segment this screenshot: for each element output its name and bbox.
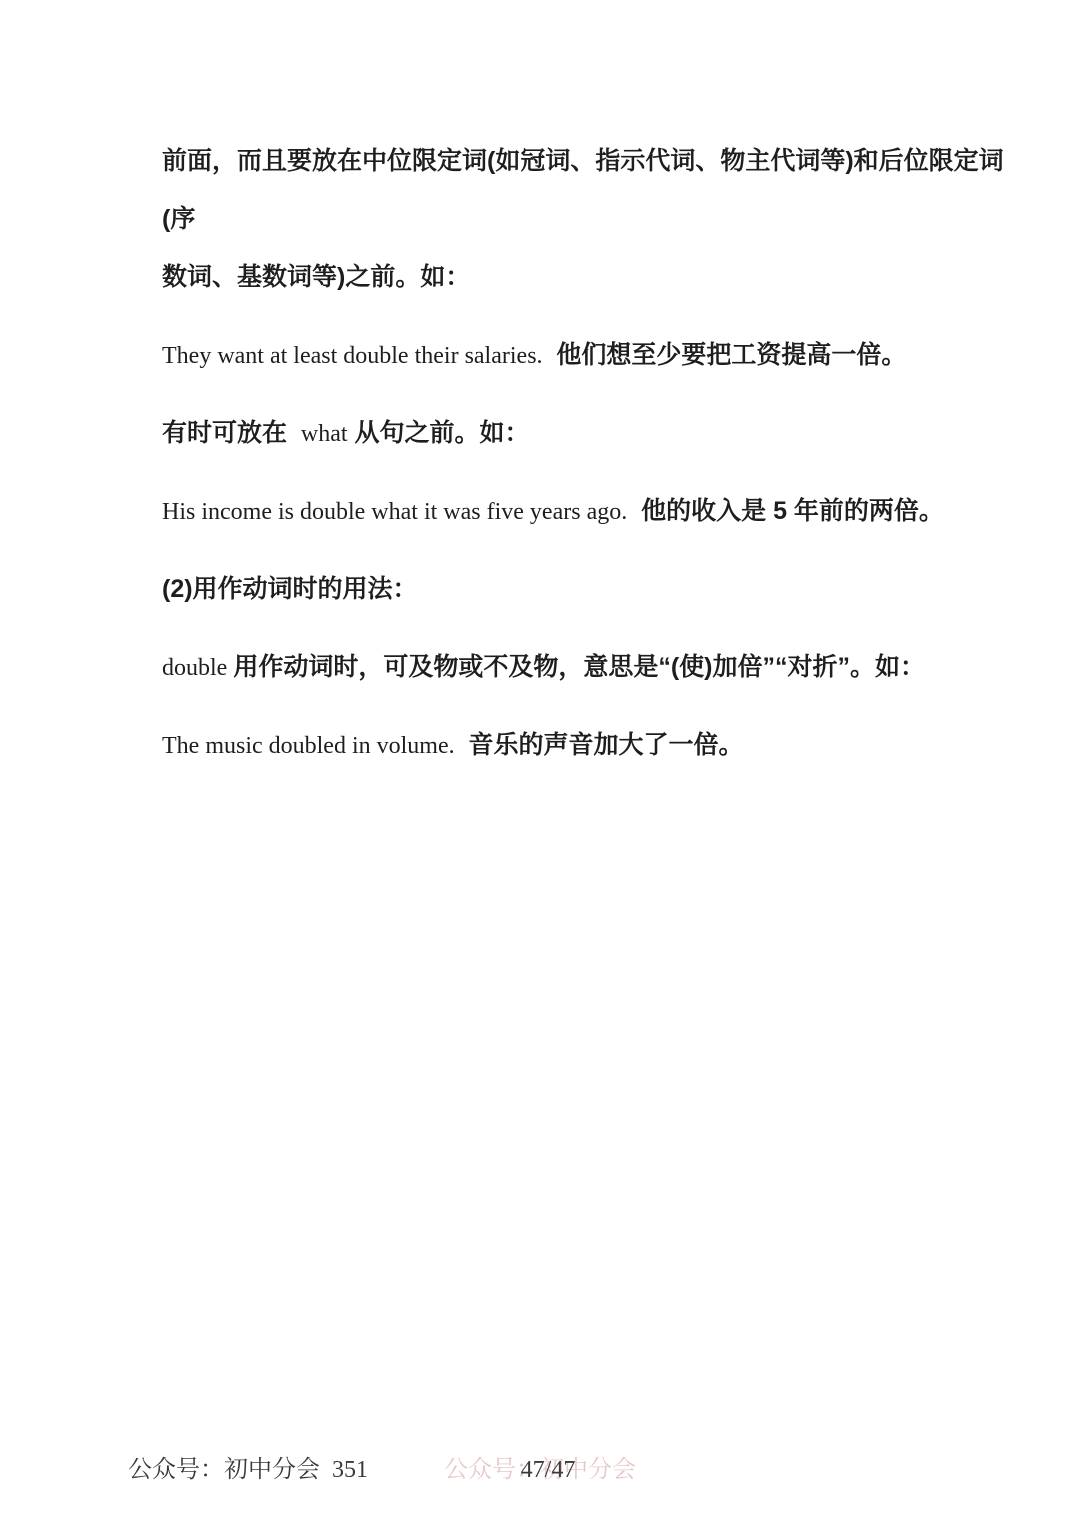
chinese-text-segment: 从句之前。如： [348,419,530,447]
paragraph: His income is double what it was five ye… [162,484,1022,542]
chinese-text-segment: 有时可放在 [162,419,301,447]
text-line: double 用作动词时，可及物或不及物，意思是“(使)加倍”“对折”。如： [162,640,1022,698]
chinese-text-segment: (2)用作动词时的用法： [162,575,418,603]
english-text-segment: what [301,421,348,447]
english-text-segment: His income is double what it was five ye… [162,499,627,525]
text-line: They want at least double their salaries… [162,328,1022,386]
text-line: (2)用作动词时的用法： [162,562,1022,620]
paragraph: They want at least double their salaries… [162,328,1022,386]
document-body: 前面，而且要放在中位限定词(如冠词、指示代词、物主代词等)和后位限定词(序数词、… [162,134,1022,796]
english-text-segment: They want at least double their salaries… [162,343,543,369]
paragraph: 有时可放在 what 从句之前。如： [162,406,1022,464]
paragraph: 前面，而且要放在中位限定词(如冠词、指示代词、物主代词等)和后位限定词(序数词、… [162,134,1022,308]
text-line: 有时可放在 what 从句之前。如： [162,406,1022,464]
chinese-text-segment: 用作动词时，可及物或不及物，意思是“(使)加倍”“对折”。如： [233,653,925,681]
page-number: 47/47 [521,1457,576,1483]
text-line: 数词、基数词等)之前。如： [162,250,1022,308]
paragraph: The music doubled in volume. 音乐的声音加大了一倍。 [162,718,1022,776]
chinese-text-segment: 他们想至少要把工资提高一倍。 [543,341,907,369]
text-line: 前面，而且要放在中位限定词(如冠词、指示代词、物主代词等)和后位限定词(序 [162,134,1022,250]
english-text-segment: double [162,655,233,681]
paragraph: (2)用作动词时的用法： [162,562,1022,620]
chinese-text-segment: 音乐的声音加大了一倍。 [455,731,744,759]
chinese-text-segment: 他的收入是 5 年前的两倍。 [627,497,944,525]
document-page: 前面，而且要放在中位限定词(如冠词、指示代词、物主代词等)和后位限定词(序数词、… [0,0,1080,1527]
text-line: The music doubled in volume. 音乐的声音加大了一倍。 [162,718,1022,776]
english-text-segment: The music doubled in volume. [162,733,455,759]
chinese-text-segment: 前面，而且要放在中位限定词(如冠词、指示代词、物主代词等)和后位限定词(序 [162,147,1004,233]
chinese-text-segment: 数词、基数词等)之前。如： [162,263,470,291]
paragraph: double 用作动词时，可及物或不及物，意思是“(使)加倍”“对折”。如： [162,640,1022,698]
text-line: His income is double what it was five ye… [162,484,1022,542]
footer-page-area: 公众号：初中分会 47/47 [0,1455,1080,1487]
